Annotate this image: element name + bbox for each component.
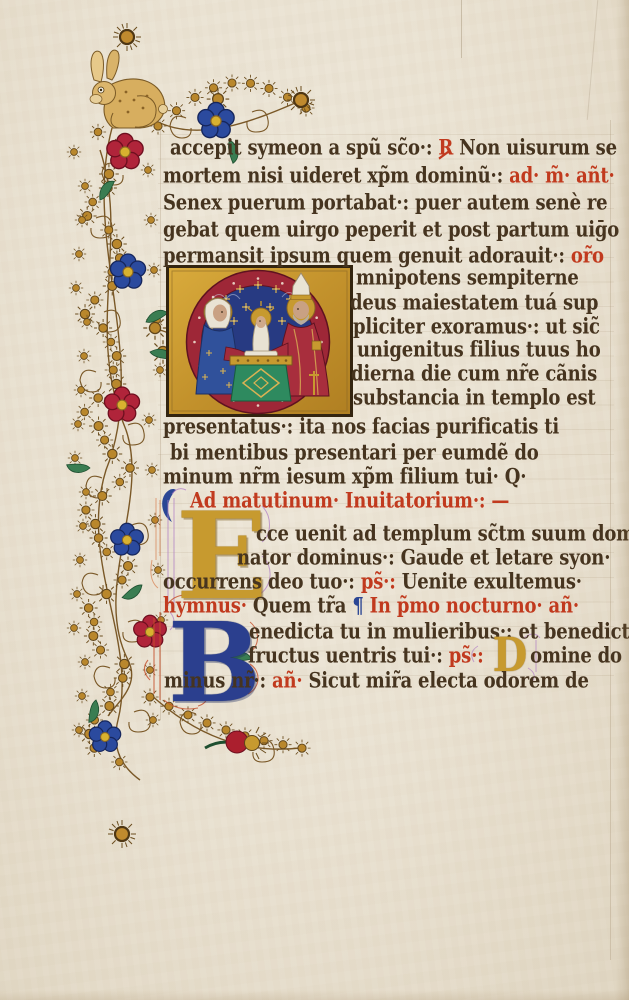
gold-bezant <box>260 80 277 97</box>
gold-bezant <box>77 404 93 420</box>
text-run: dierna die cum nr̃e cãnis <box>351 362 597 387</box>
text-run: accepit symeon a spũ sc̃o·: <box>170 136 438 161</box>
gold-bezant <box>89 417 108 436</box>
blue-flower <box>111 523 144 555</box>
text-line: presentatus·: ita nos facias purificatis… <box>163 417 559 438</box>
gold-bezant <box>114 654 134 674</box>
text-line: pliciter exoramus·: ut sic̃ <box>353 317 600 338</box>
gold-bezant <box>142 413 156 427</box>
text-line: substancia in templo est <box>353 388 596 409</box>
rubric-heading: Ad matutinum· Inuitatorium·: — <box>190 489 509 514</box>
gold-bezant <box>75 689 89 703</box>
gold-sun <box>108 820 136 848</box>
text-run: nator dominus·: Gaude et letare syon· <box>237 546 610 571</box>
gold-bezant <box>112 474 128 490</box>
text-line: minum nr̃m iesum xp̃m filium tui· Q· <box>163 467 526 488</box>
gold-bezant <box>93 487 112 506</box>
text-line: permansit ipsum quem genuit adorauit·: o… <box>163 246 604 267</box>
text-run: occurrens deo tuo·: <box>163 570 361 595</box>
gold-bezant <box>67 621 81 635</box>
gold-bezant <box>102 684 118 700</box>
text-run: gebat quem uirgo peperit et post partum … <box>163 218 619 243</box>
page-edge-bottom <box>0 990 629 1000</box>
blue-flourish <box>162 489 176 522</box>
gold-bezant <box>147 263 161 277</box>
gold-bezant <box>73 553 87 567</box>
gold-bezant <box>72 247 86 261</box>
gold-bezant <box>78 655 92 669</box>
rubric-run: añ· <box>272 669 308 694</box>
rubric-run: In p̃mo nocturno· añ· <box>364 594 579 619</box>
orange-filigree-e <box>151 498 160 588</box>
text-run: minus nr̃·: <box>164 669 272 694</box>
gold-bezant <box>80 315 94 329</box>
gold-bezant <box>86 291 103 308</box>
gold-bezant <box>74 383 88 397</box>
text-run: Senex puerum portabat·: puer autem senè … <box>163 191 607 216</box>
gold-bezant <box>86 614 102 630</box>
page-edge-right <box>616 0 629 1000</box>
text-run: Uenite exultemus· <box>402 570 582 595</box>
gold-bezant <box>78 179 92 193</box>
gold-bezant <box>223 74 240 91</box>
text-line: mnipotens sempiterne <box>356 268 579 289</box>
gold-bezant <box>144 213 158 227</box>
gold-bezant <box>102 444 122 464</box>
green-leaf <box>120 584 145 601</box>
text-run: mnipotens sempiterne <box>356 266 579 291</box>
text-line: nator dominus·: Gaude et letare syon· <box>237 548 610 569</box>
gold-bezant <box>114 571 131 588</box>
gold-bezant <box>119 557 138 576</box>
gold-bezant <box>111 754 127 770</box>
psalm-abbrev: ps̃·: <box>449 644 490 669</box>
text-run: deus maiestatem tuá sup <box>350 291 598 316</box>
gold-bezant <box>80 599 98 617</box>
hare-figure <box>90 50 168 128</box>
miniature-presentation-in-temple <box>166 265 353 417</box>
gold-bezant <box>143 663 157 677</box>
gold-bezant <box>92 641 109 658</box>
text-line: deus maiestatem tuá sup <box>350 293 598 314</box>
fold-crease <box>461 0 462 58</box>
gold-bezant <box>67 145 81 159</box>
gold-bezant <box>69 281 83 295</box>
text-run: bi mentibus presentari per eumdẽ do <box>170 441 539 466</box>
text-run: presentatus·: ita nos facias purificatis… <box>163 415 559 440</box>
red-flower <box>107 133 143 168</box>
gold-bezant <box>168 102 185 119</box>
altar <box>230 351 292 401</box>
gold-bezant <box>114 669 132 687</box>
text-line: Ad matutinum· Inuitatorium·: — <box>190 491 509 512</box>
text-run: enedicta tu in mulieribus·: et benedictu… <box>249 620 629 645</box>
text-line: fructus uentris tui·: ps̃·: Domine do <box>248 646 622 667</box>
rubric-run: ad· m̃· añt· <box>509 164 615 189</box>
red-gold-bud-flower <box>205 727 269 759</box>
blue-flower <box>198 102 234 137</box>
text-run: substancia in templo est <box>353 386 596 411</box>
gold-bezant <box>72 723 86 737</box>
text-run: Sicut mir̃a electa odorem de <box>309 669 589 694</box>
gold-bezant <box>68 451 82 465</box>
gold-bezant <box>141 688 158 705</box>
gold-bezant <box>90 124 106 140</box>
manuscript-page: E B accepit symeon a spũ sc̃o·: R Non ui… <box>0 0 629 1000</box>
gold-bezant <box>186 89 203 106</box>
gold-bezant <box>70 587 84 601</box>
gold-bezant <box>71 417 85 431</box>
text-line: gebat quem uirgo peperit et post partum … <box>163 220 619 241</box>
gold-bezant <box>105 361 122 378</box>
text-run: pliciter exoramus·: ut sic̃ <box>353 315 600 340</box>
vine-curl <box>82 573 103 595</box>
gold-bezant <box>84 627 103 646</box>
red-flower <box>104 387 139 421</box>
gold-bezant <box>99 544 115 560</box>
gold-bezant <box>76 519 90 533</box>
text-run: Non uisurum se <box>453 136 617 161</box>
text-run: cce uenit ad templum sc̃tm suum domi <box>256 522 629 547</box>
gold-bezant <box>79 485 93 499</box>
text-run: mortem nisi uideret xp̃m dominũ·: <box>163 164 509 189</box>
text-line: minus nr̃·: añ· Sicut mir̃a electa odore… <box>164 671 589 692</box>
vine-curl <box>123 423 144 445</box>
gold-bezant <box>293 740 310 757</box>
text-line: accepit symeon a spũ sc̃o·: R Non uisuru… <box>170 138 617 159</box>
gold-bezant <box>77 349 91 363</box>
text-line: dierna die cum nr̃e cãnis <box>351 364 597 385</box>
gold-sun <box>113 23 141 51</box>
vine-curl <box>247 110 268 132</box>
gold-sun <box>287 86 315 114</box>
gold-bezant <box>100 697 119 716</box>
gold-bezant <box>121 459 139 477</box>
gold-bezant <box>96 431 113 448</box>
gold-bezant <box>100 221 117 238</box>
gold-bezant <box>75 213 89 227</box>
green-leaf <box>65 459 90 476</box>
gold-bezant <box>107 234 127 254</box>
rubric-run: hymnus· <box>163 594 253 619</box>
green-leaf <box>84 699 104 724</box>
gold-bezant <box>107 347 126 366</box>
blue-flower <box>89 721 120 752</box>
text-line: mortem nisi uideret xp̃m dominũ·: ad· m̃… <box>163 166 615 187</box>
text-line: Senex puerum portabat·: puer autem senè … <box>163 193 607 214</box>
gold-bezant <box>242 75 259 92</box>
gold-bezant <box>148 513 162 527</box>
gold-bezant <box>97 584 117 604</box>
gold-bezant <box>274 736 291 753</box>
psalm-abbrev: ps̃·: <box>361 570 402 595</box>
paraph-mark: ¶ <box>352 594 363 619</box>
gold-bezant <box>141 163 155 177</box>
text-run: minum nr̃m iesum xp̃m filium tui· Q· <box>163 465 526 490</box>
text-line: cce uenit ad templum sc̃tm suum domi <box>256 524 629 545</box>
gold-bezant <box>86 514 106 534</box>
text-run: unigenitus filius tuus ho <box>357 338 601 363</box>
text-line: occurrens deo tuo·: ps̃·: Uenite exultem… <box>163 572 582 593</box>
text-line: hymnus· Quem tr̃a ¶ In p̃mo nocturno· añ… <box>163 596 579 617</box>
vine-curl <box>129 710 150 732</box>
responsory-symbol: R <box>438 138 453 159</box>
text-run: Quem tr̃a <box>253 594 352 619</box>
gold-bezant <box>90 529 108 547</box>
gold-bezant <box>77 501 94 518</box>
text-line: enedicta tu in mulieribus·: et benedictu… <box>249 622 629 643</box>
gold-bezant <box>146 713 160 727</box>
gold-bezant <box>145 463 159 477</box>
text-line: bi mentibus presentari per eumdẽ do <box>170 443 539 464</box>
text-line: unigenitus filius tuus ho <box>357 340 601 361</box>
text-run: fructus uentris tui·: <box>248 644 449 669</box>
text-run: omine do <box>530 644 622 669</box>
vine-curl <box>94 666 115 688</box>
gold-bezant <box>94 319 112 337</box>
